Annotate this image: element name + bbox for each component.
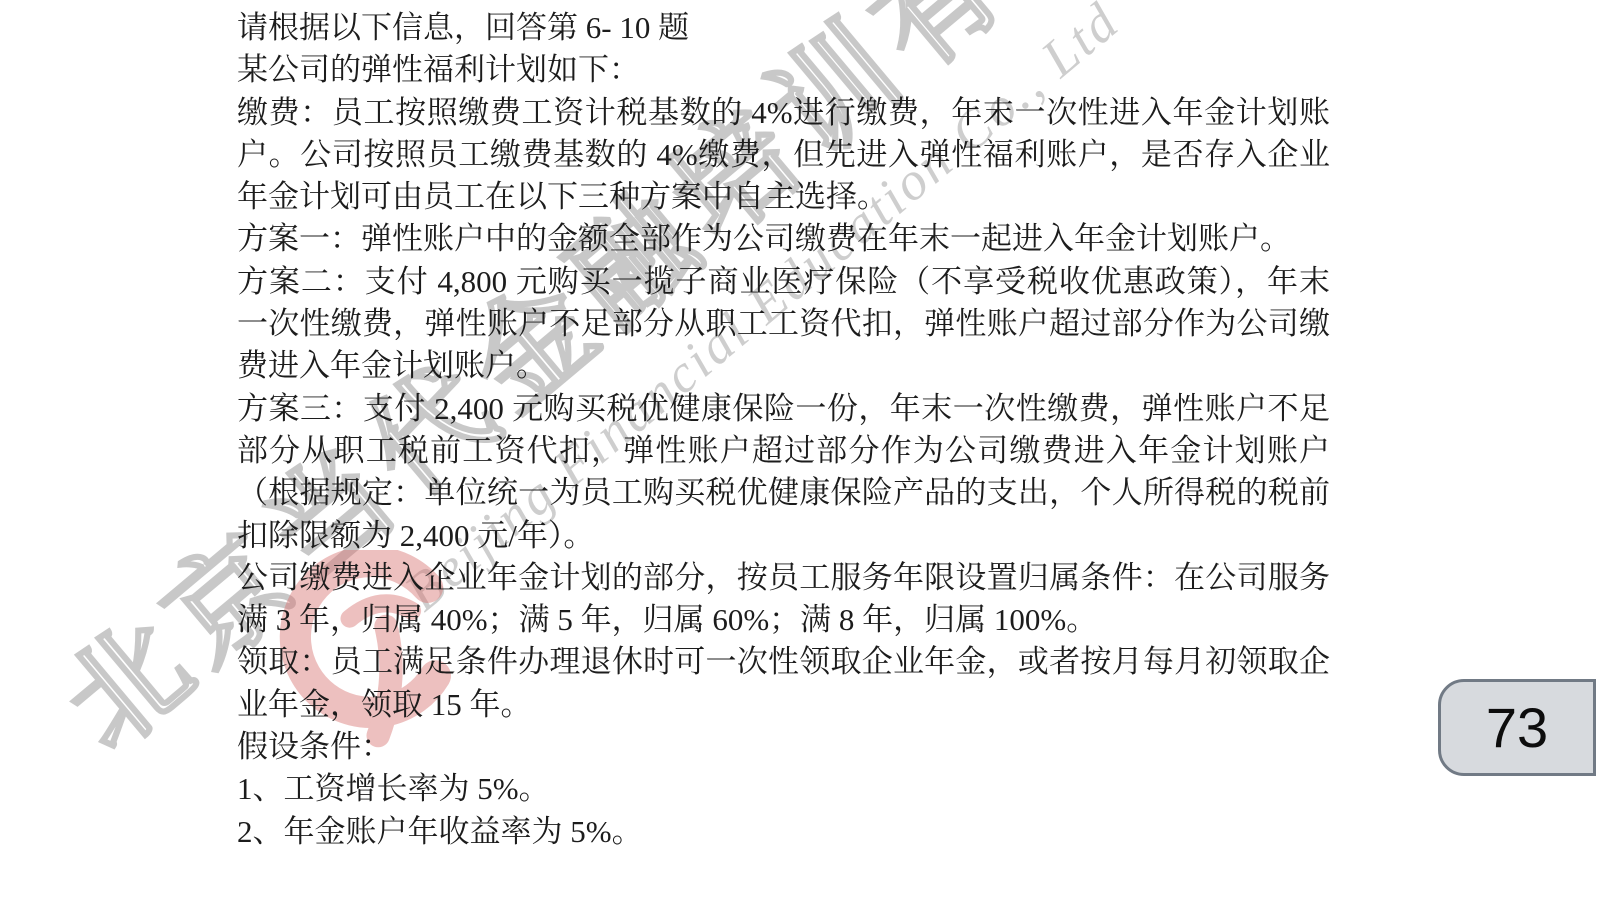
text-line: 请根据以下信息，回答第 6- 10 题 [237,7,1330,49]
text-line: 年金计划可由员工在以下三种方案中自主选择。 [237,176,1330,218]
text-line: 户。公司按照员工缴费基数的 4%缴费，但先进入弹性福利账户，是否存入企业 [237,134,1330,176]
text-line: （根据规定：单位统一为员工购买税优健康保险产品的支出，个人所得税的税前 [237,472,1330,514]
document-page: 北京当代金融培训有限公司 Beijing Financial Education… [0,0,1600,909]
text-line: 领取：员工满足条件办理退休时可一次性领取企业年金，或者按月每月初领取企 [237,641,1330,683]
text-line: 方案三：支付 2,400 元购买税优健康保险一份，年末一次性缴费，弹性账户不足 [237,388,1330,430]
text-line: 满 3 年，归属 40%；满 5 年，归属 60%；满 8 年，归属 100%。 [237,599,1330,641]
text-line: 缴费：员工按照缴费工资计税基数的 4%进行缴费，年末一次性进入年金计划账 [237,92,1330,134]
text-line: 假设条件： [237,726,1330,768]
document-text: 请根据以下信息，回答第 6- 10 题某公司的弹性福利计划如下：缴费：员工按照缴… [237,7,1330,853]
page-number: 73 [1486,700,1548,756]
page-number-badge: 73 [1438,679,1596,776]
text-line: 方案二：支付 4,800 元购买一揽子商业医疗保险（不享受税收优惠政策），年末 [237,261,1330,303]
text-line: 某公司的弹性福利计划如下： [237,49,1330,91]
text-line: 扣除限额为 2,400 元/年）。 [237,515,1330,557]
text-line: 一次性缴费，弹性账户不足部分从职工工资代扣，弹性账户超过部分作为公司缴 [237,303,1330,345]
text-line: 业年金，领取 15 年。 [237,684,1330,726]
text-line: 公司缴费进入企业年金计划的部分，按员工服务年限设置归属条件：在公司服务 [237,557,1330,599]
text-line: 1、工资增长率为 5%。 [237,768,1330,810]
text-line: 费进入年金计划账户。 [237,345,1330,387]
text-line: 方案一：弹性账户中的金额全部作为公司缴费在年末一起进入年金计划账户。 [237,218,1330,260]
text-line: 部分从职工税前工资代扣，弹性账户超过部分作为公司缴费进入年金计划账户 [237,430,1330,472]
text-line: 2、年金账户年收益率为 5%。 [237,811,1330,853]
